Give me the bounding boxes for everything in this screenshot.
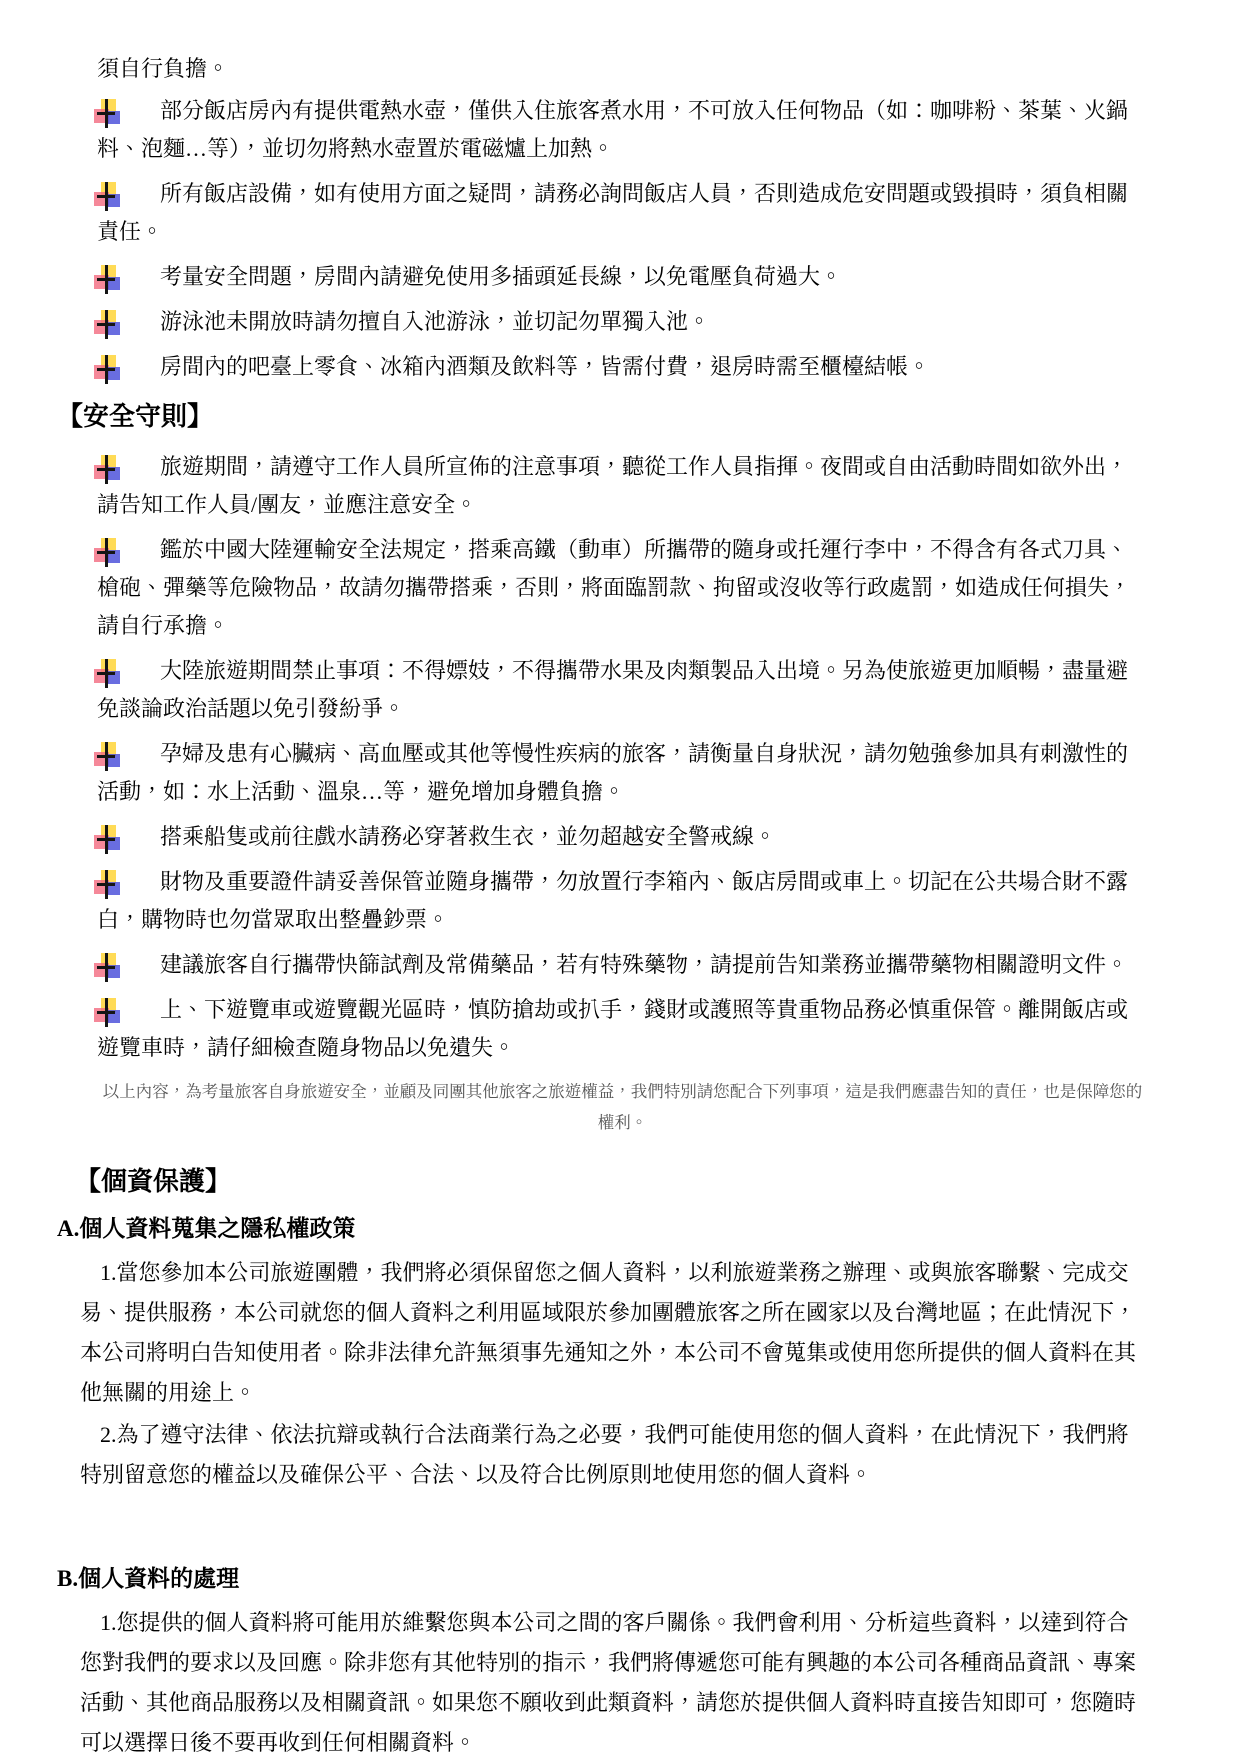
list-item: 考量安全問題，房間內請避免使用多插頭延長線，以免電壓負荷過大。 (97, 258, 1148, 296)
list-item: 旅遊期間，請遵守工作人員所宣佈的注意事項，聽從工作人員指揮。夜間或自由活動時間如… (97, 448, 1148, 524)
colored-cross-bullet-icon (94, 538, 120, 568)
list-item-text: 考量安全問題，房間內請避免使用多插頭延長線，以免電壓負荷過大。 (160, 264, 842, 289)
list-item-text: 財物及重要證件請妥善保管並隨身攜帶，勿放置行李箱內、飯店房間或車上。切記在公共場… (97, 869, 1128, 932)
list-item: 孕婦及患有心臟病、高血壓或其他等慢性疾病的旅客，請衡量自身狀況，請勿勉強參加具有… (97, 735, 1148, 811)
list-item-text: 所有飯店設備，如有使用方面之疑問，請務必詢問飯店人員，否則造成危安問題或毀損時，… (97, 181, 1128, 244)
hotel-notes-list: 部分飯店房內有提供電熱水壺，僅供入住旅客煮水用，不可放入任何物品（如：咖啡粉、茶… (97, 92, 1148, 386)
list-item-text: 大陸旅遊期間禁止事項：不得嫖妓，不得攜帶水果及肉類製品入出境。另為使旅遊更加順暢… (97, 658, 1128, 721)
list-item: 房間內的吧臺上零食、冰箱內酒類及飲料等，皆需付費，退房時需至櫃檯結帳。 (97, 348, 1148, 386)
colored-cross-bullet-icon (94, 310, 120, 340)
document-page: 須自行負擔。 部分飯店房內有提供電熱水壺，僅供入住旅客煮水用，不可放入任何物品（… (0, 0, 1241, 1755)
list-item: 所有飯店設備，如有使用方面之疑問，請務必詢問飯店人員，否則造成危安問題或毀損時，… (97, 175, 1148, 251)
list-item: 上、下遊覽車或遊覽觀光區時，慎防搶劫或扒手，錢財或護照等貴重物品務必慎重保管。離… (97, 991, 1148, 1067)
colored-cross-bullet-icon (94, 355, 120, 385)
list-item-text: 孕婦及患有心臟病、高血壓或其他等慢性疾病的旅客，請衡量自身狀況，請勿勉強參加具有… (97, 741, 1128, 804)
centered-notice-text: 以上內容，為考量旅客自身旅遊安全，並顧及同團其他旅客之旅遊權益，我們特別請您配合… (97, 1077, 1148, 1139)
list-item-text: 建議旅客自行攜帶快篩試劑及常備藥品，若有特殊藥物，請提前告知業務並攜帶藥物相關證… (160, 952, 1128, 977)
colored-cross-bullet-icon (94, 870, 120, 900)
privacy-paragraph-a2: 2.為了遵守法律、依法抗辯或執行合法商業行為之必要，我們可能使用您的個人資料，在… (80, 1415, 1148, 1495)
colored-cross-bullet-icon (94, 825, 120, 855)
colored-cross-bullet-icon (94, 455, 120, 485)
list-item-text: 旅遊期間，請遵守工作人員所宣佈的注意事項，聽從工作人員指揮。夜間或自由活動時間如… (97, 454, 1128, 517)
wrapped-line-continuation: 須自行負擔。 (97, 50, 1148, 88)
privacy-paragraph-a1: 1.當您參加本公司旅遊團體，我們將必須保留您之個人資料，以利旅遊業務之辦理、或與… (80, 1253, 1148, 1413)
colored-cross-bullet-icon (94, 742, 120, 772)
list-item: 財物及重要證件請妥善保管並隨身攜帶，勿放置行李箱內、飯店房間或車上。切記在公共場… (97, 863, 1148, 939)
safety-rules-list: 旅遊期間，請遵守工作人員所宣佈的注意事項，聽從工作人員指揮。夜間或自由活動時間如… (97, 448, 1148, 1067)
list-item-text: 搭乘船隻或前往戲水請務必穿著救生衣，並勿超越安全警戒線。 (160, 824, 776, 849)
list-item-text: 鑑於中國大陸運輸安全法規定，搭乘高鐵（動車）所攜帶的隨身或托運行李中，不得含有各… (97, 537, 1131, 638)
colored-cross-bullet-icon (94, 953, 120, 983)
colored-cross-bullet-icon (94, 265, 120, 295)
list-item-text: 上、下遊覽車或遊覽觀光區時，慎防搶劫或扒手，錢財或護照等貴重物品務必慎重保管。離… (97, 997, 1128, 1060)
colored-cross-bullet-icon (94, 998, 120, 1028)
list-item: 搭乘船隻或前往戲水請務必穿著救生衣，並勿超越安全警戒線。 (97, 818, 1148, 856)
colored-cross-bullet-icon (94, 659, 120, 689)
section-heading-safety-rules: 【安全守則】 (57, 396, 1148, 436)
list-item-text: 部分飯店房內有提供電熱水壺，僅供入住旅客煮水用，不可放入任何物品（如：咖啡粉、茶… (97, 98, 1128, 161)
list-item: 鑑於中國大陸運輸安全法規定，搭乘高鐵（動車）所攜帶的隨身或托運行李中，不得含有各… (97, 531, 1148, 645)
list-item: 建議旅客自行攜帶快篩試劑及常備藥品，若有特殊藥物，請提前告知業務並攜帶藥物相關證… (97, 946, 1148, 984)
section-heading-privacy: 【個資保護】 (75, 1161, 1148, 1201)
list-item: 部分飯店房內有提供電熱水壺，僅供入住旅客煮水用，不可放入任何物品（如：咖啡粉、茶… (97, 92, 1148, 168)
colored-cross-bullet-icon (94, 182, 120, 212)
privacy-paragraph-b1: 1.您提供的個人資料將可能用於維繫您與本公司之間的客戶關係。我們會利用、分析這些… (80, 1603, 1148, 1755)
list-item: 游泳池未開放時請勿擅自入池游泳，並切記勿單獨入池。 (97, 303, 1148, 341)
subsection-b-title: B.個人資料的處理 (57, 1559, 1148, 1599)
list-item: 大陸旅遊期間禁止事項：不得嫖妓，不得攜帶水果及肉類製品入出境。另為使旅遊更加順暢… (97, 652, 1148, 728)
list-item-text: 游泳池未開放時請勿擅自入池游泳，並切記勿單獨入池。 (160, 309, 710, 334)
colored-cross-bullet-icon (94, 99, 120, 129)
list-item-text: 房間內的吧臺上零食、冰箱內酒類及飲料等，皆需付費，退房時需至櫃檯結帳。 (160, 354, 930, 379)
subsection-a-title: A.個人資料蒐集之隱私權政策 (57, 1209, 1148, 1249)
